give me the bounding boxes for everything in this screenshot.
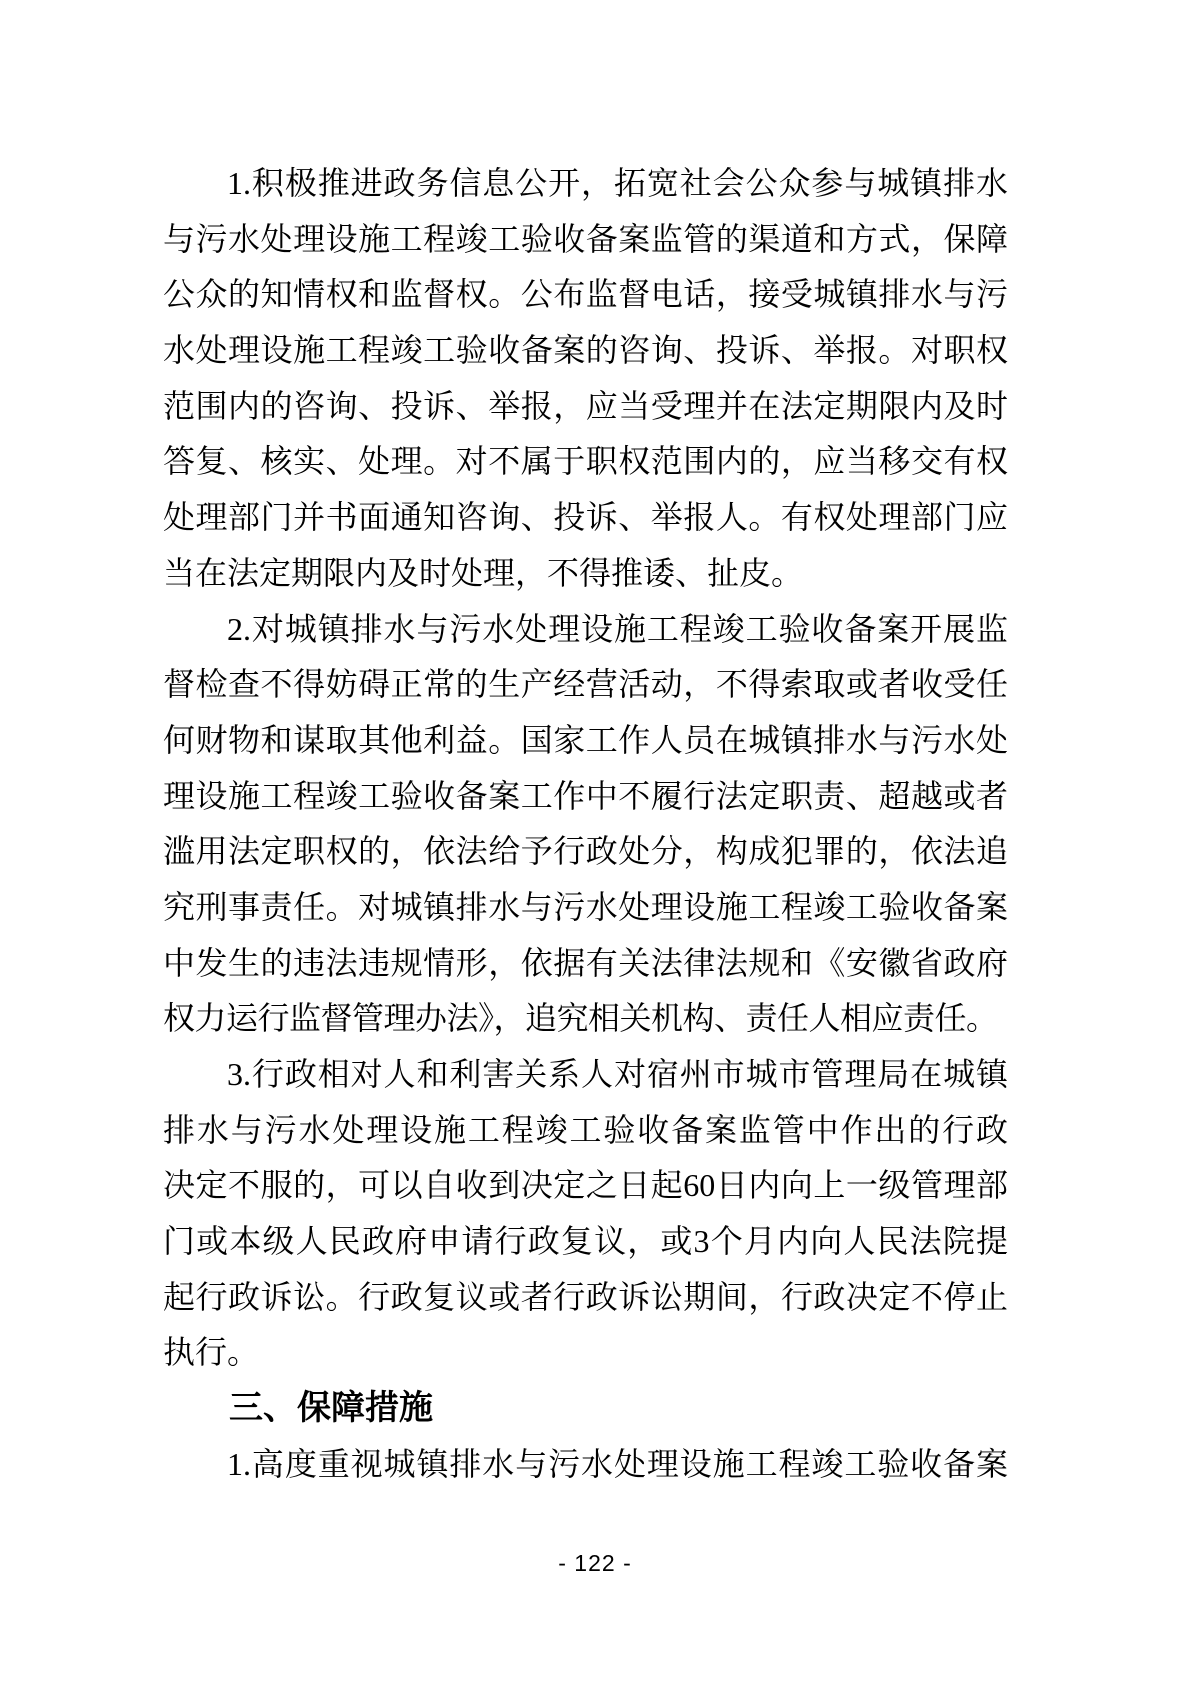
text-line: 督检查不得妨碍正常的生产经营活动，不得索取或者收受任 xyxy=(163,657,1008,713)
text-line: 1.高度重视城镇排水与污水处理设施工程竣工验收备案 xyxy=(163,1437,1008,1493)
text-line: 排水与污水处理设施工程竣工验收备案监管中作出的行政 xyxy=(163,1103,1008,1159)
text-line: 1.积极推进政务信息公开，拓宽社会公众参与城镇排水 xyxy=(163,156,1008,212)
document-page: 1.积极推进政务信息公开，拓宽社会公众参与城镇排水与污水处理设施工程竣工验收备案… xyxy=(0,0,1190,1683)
text-line: 3.行政相对人和利害关系人对宿州市城市管理局在城镇 xyxy=(163,1047,1008,1103)
text-line: 起行政诉讼。行政复议或者行政诉讼期间，行政决定不停止 xyxy=(163,1270,1008,1326)
text-line: 决定不服的，可以自收到决定之日起60日内向上一级管理部 xyxy=(163,1158,1008,1214)
page-number: - 122 - xyxy=(558,1550,631,1576)
document-body: 1.积极推进政务信息公开，拓宽社会公众参与城镇排水与污水处理设施工程竣工验收备案… xyxy=(163,156,1008,1493)
text-line: 滥用法定职权的，依法给予行政处分，构成犯罪的，依法追 xyxy=(163,824,1008,880)
text-line: 公众的知情权和监督权。公布监督电话，接受城镇排水与污 xyxy=(163,267,1008,323)
text-line: 与污水处理设施工程竣工验收备案监管的渠道和方式，保障 xyxy=(163,212,1008,268)
text-line: 水处理设施工程竣工验收备案的咨询、投诉、举报。对职权 xyxy=(163,323,1008,379)
text-line: 答复、核实、处理。对不属于职权范围内的，应当移交有权 xyxy=(163,434,1008,490)
page-footer: - 122 - xyxy=(0,1550,1190,1577)
text-line: 当在法定期限内及时处理，不得推诿、扯皮。 xyxy=(163,546,1008,602)
text-line: 理设施工程竣工验收备案工作中不履行法定职责、超越或者 xyxy=(163,769,1008,825)
text-line: 2.对城镇排水与污水处理设施工程竣工验收备案开展监 xyxy=(163,602,1008,658)
text-line: 范围内的咨询、投诉、举报，应当受理并在法定期限内及时 xyxy=(163,379,1008,435)
text-line: 何财物和谋取其他利益。国家工作人员在城镇排水与污水处 xyxy=(163,713,1008,769)
text-line: 究刑事责任。对城镇排水与污水处理设施工程竣工验收备案 xyxy=(163,880,1008,936)
text-line: 执行。 xyxy=(163,1325,1008,1381)
text-line: 中发生的违法违规情形，依据有关法律法规和《安徽省政府 xyxy=(163,936,1008,992)
text-line: 处理部门并书面通知咨询、投诉、举报人。有权处理部门应 xyxy=(163,490,1008,546)
text-line: 权力运行监督管理办法》，追究相关机构、责任人相应责任。 xyxy=(163,991,1008,1047)
text-line: 门或本级人民政府申请行政复议，或3个月内向人民法院提 xyxy=(163,1214,1008,1270)
section-heading: 三、保障措施 xyxy=(163,1381,1008,1437)
